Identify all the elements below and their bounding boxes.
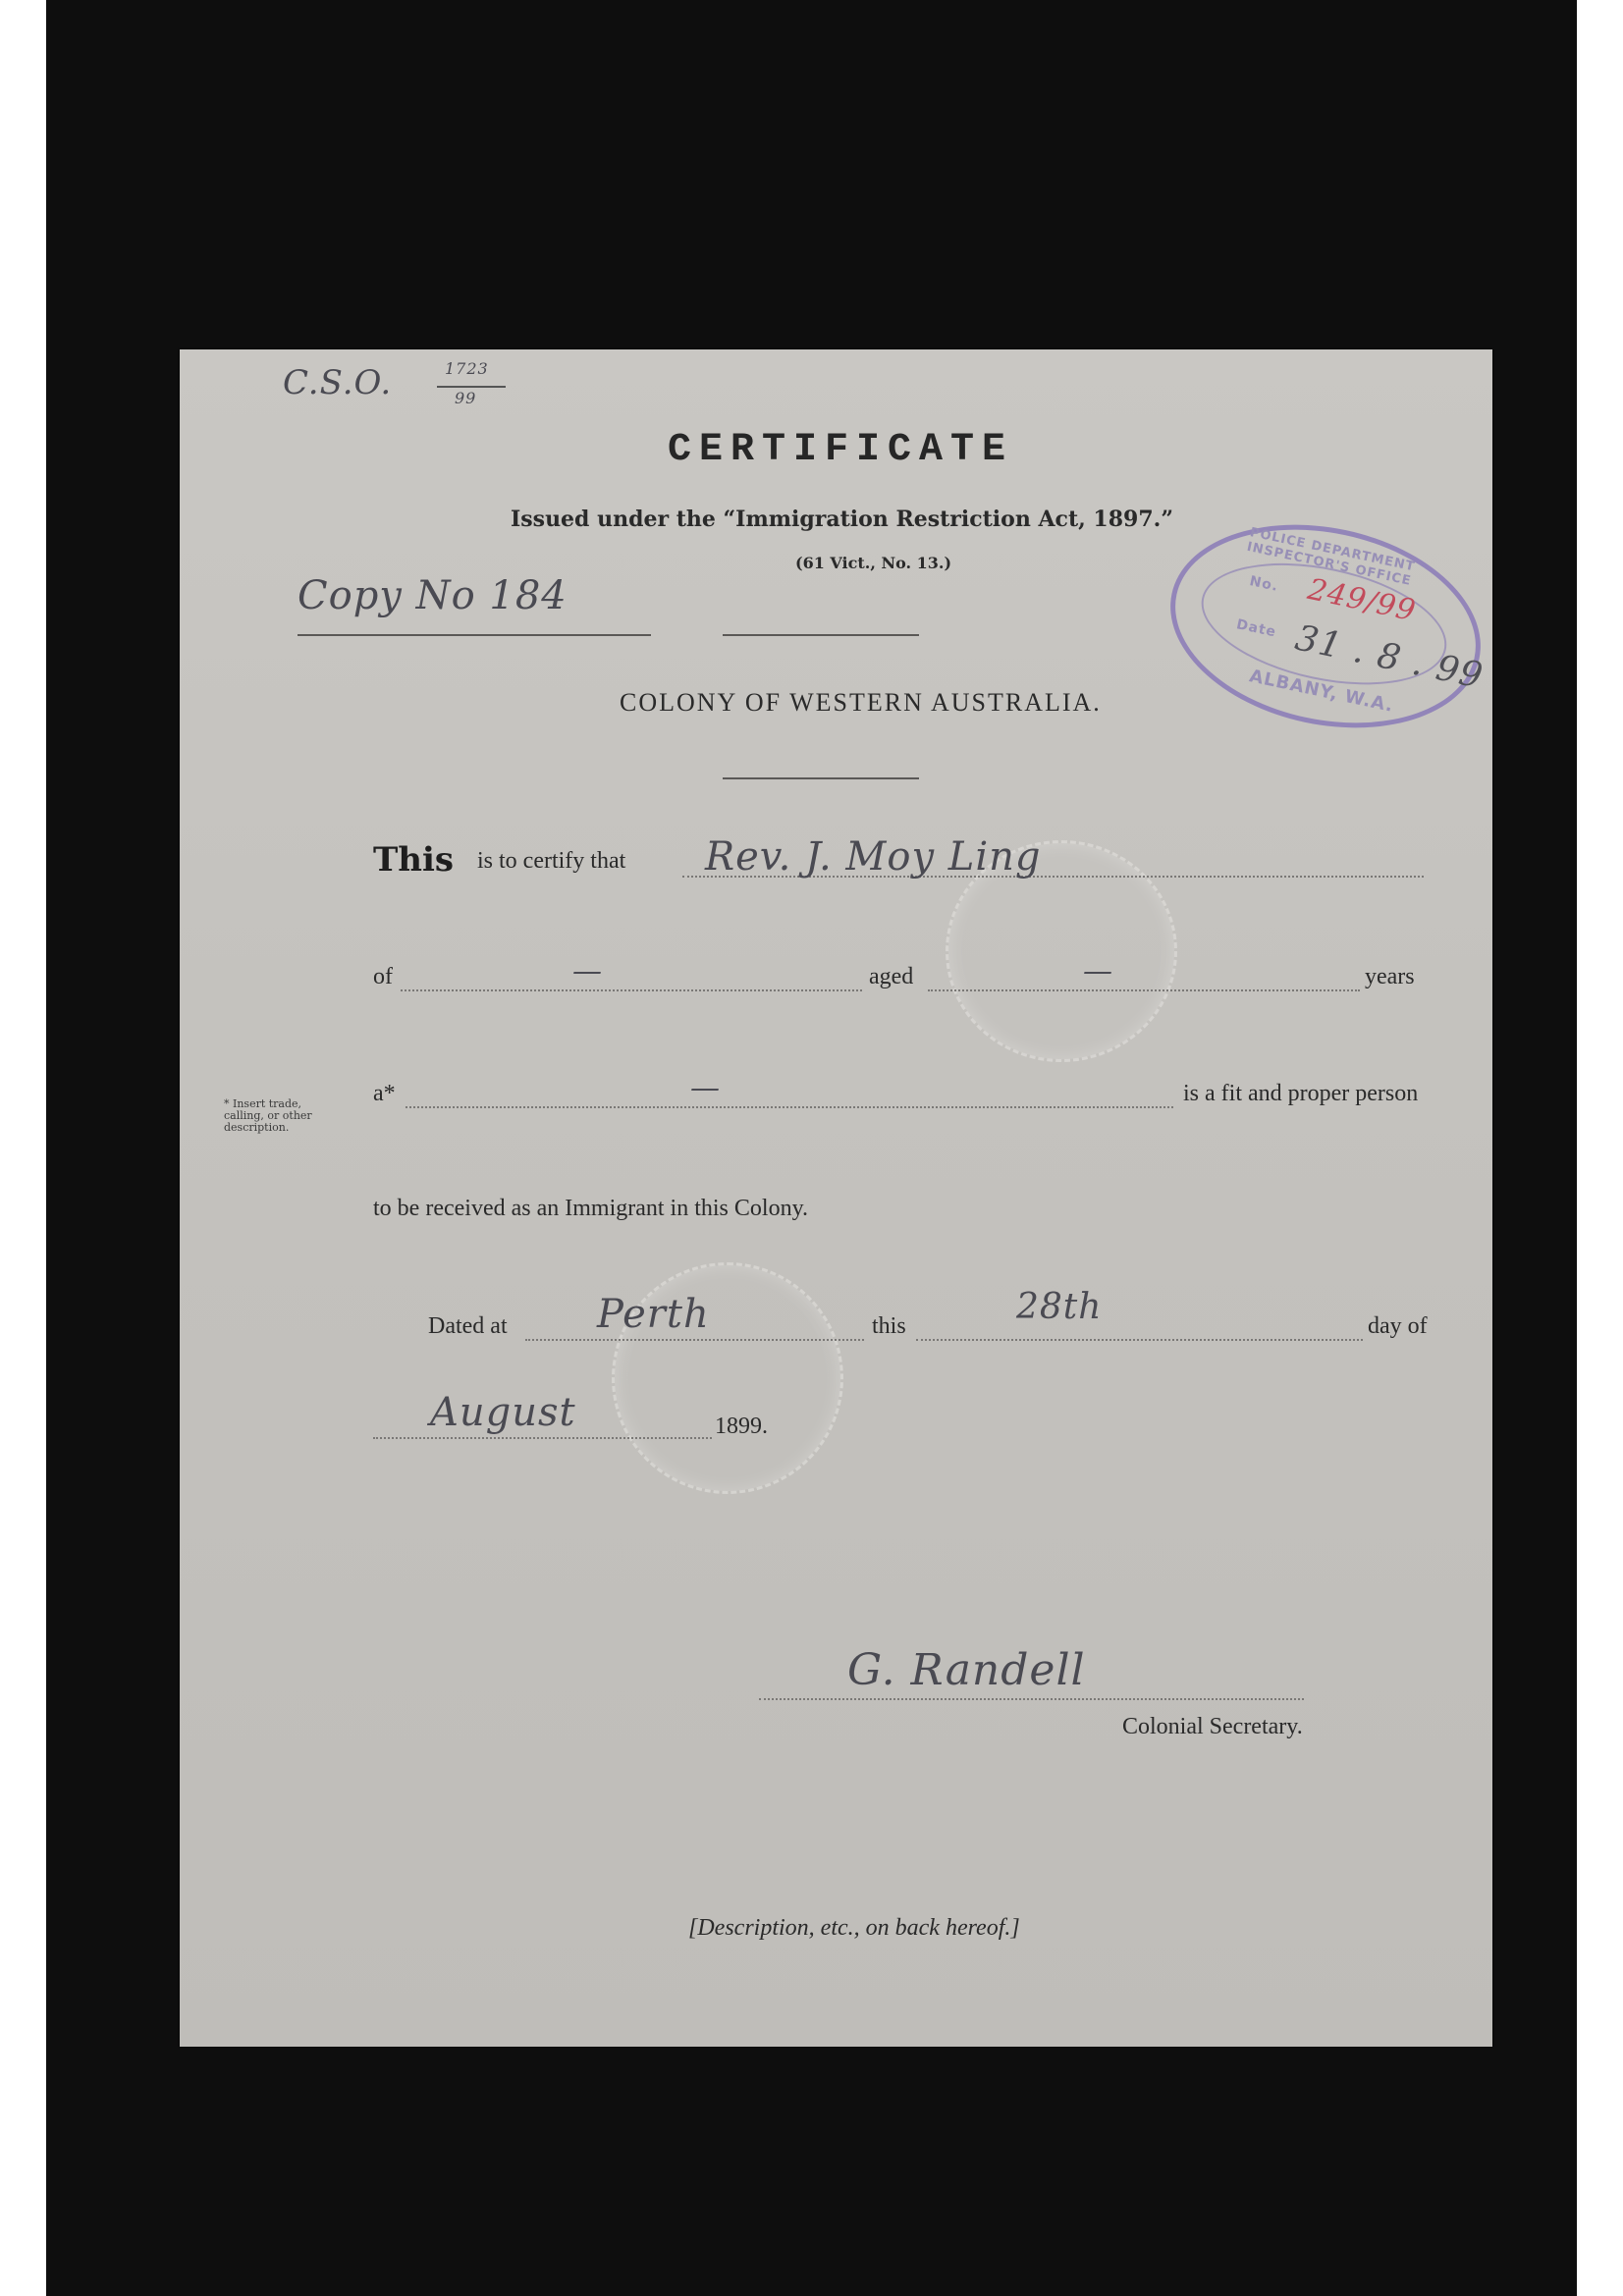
day-field-line <box>916 1339 1363 1341</box>
aged-field-line <box>928 989 1360 991</box>
signature-name: G. Randell <box>847 1645 1086 1695</box>
header-rule-1 <box>723 634 919 636</box>
certified-person-name: Rev. J. Moy Ling <box>705 834 1042 880</box>
certificate-title: CERTIFICATE <box>668 428 1013 472</box>
act-reference: (61 Vict., No. 13.) <box>795 554 951 572</box>
received-text: to be received as an Immigrant in this C… <box>373 1196 808 1222</box>
month-field-line <box>373 1437 712 1439</box>
signature-title: Colonial Secretary. <box>1122 1714 1303 1740</box>
dated-year: 1899. <box>715 1414 768 1440</box>
file-reference-denominator: 99 <box>455 389 476 407</box>
issued-under-text: Issued under the “Immigration Restrictio… <box>511 507 1173 532</box>
police-department-stamp: POLICE DEPARTMENT INSPECTOR'S OFFICE ALB… <box>1152 498 1500 755</box>
file-reference-prefix: C.S.O. <box>283 363 392 402</box>
dated-at-label: Dated at <box>428 1313 508 1340</box>
trade-a-label: a* <box>373 1081 396 1107</box>
trade-field-line <box>406 1106 1173 1108</box>
this-label: this <box>872 1313 906 1340</box>
file-reference-fraction-line <box>437 386 506 388</box>
colony-heading: COLONY OF WESTERN AUSTRALIA. <box>620 688 1102 718</box>
copy-number-underline <box>298 634 651 636</box>
place-field-line <box>525 1339 864 1341</box>
of-label: of <box>373 964 393 990</box>
aged-field-value: — <box>1083 954 1113 988</box>
fit-and-proper-text: is a fit and proper person <box>1183 1081 1418 1107</box>
file-reference-numerator: 1723 <box>445 359 489 378</box>
header-rule-2 <box>723 777 919 779</box>
signature-line <box>759 1698 1304 1700</box>
certify-lead-text: is to certify that <box>477 848 625 875</box>
trade-footnote: * Insert trade, calling, or other descri… <box>224 1098 314 1134</box>
dated-place: Perth <box>597 1292 710 1337</box>
of-field-line <box>401 989 862 991</box>
aged-label: aged <box>869 964 913 990</box>
dated-month: August <box>430 1390 576 1435</box>
dated-day: 28th <box>1016 1287 1102 1327</box>
certificate-paper: C.S.O. 1723 99 CERTIFICATE Issued under … <box>180 349 1492 2047</box>
back-note: [Description, etc., on back hereof.] <box>688 1915 1020 1942</box>
of-field-value: — <box>572 954 603 988</box>
day-of-label: day of <box>1368 1313 1428 1340</box>
trade-field-value: — <box>690 1071 721 1105</box>
years-label: years <box>1365 964 1415 990</box>
certify-lead-word: This <box>373 840 454 880</box>
copy-number: Copy No 184 <box>298 573 568 618</box>
